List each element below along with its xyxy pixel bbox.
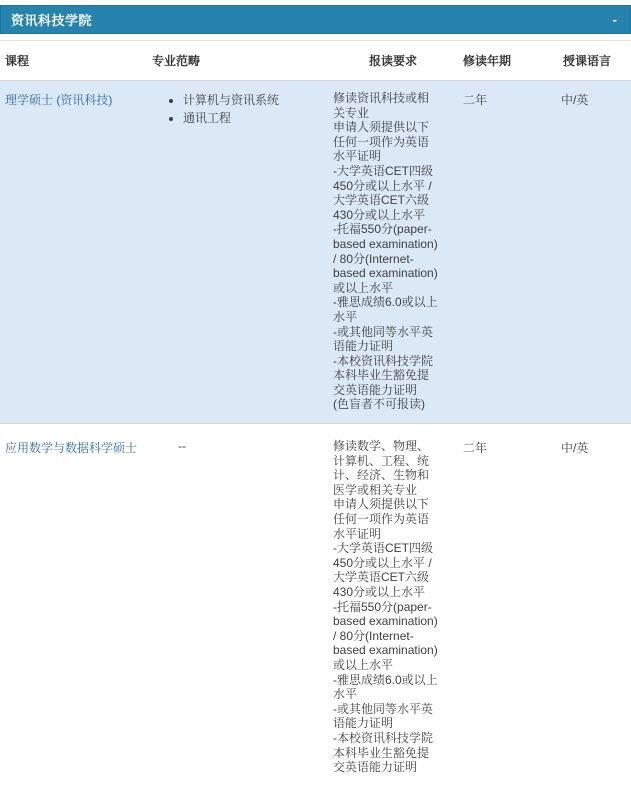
requirements-text: 修读资讯科技或相 关专业 申请人须提供以下 任何一项作为英语 水平证明 -大学英… xyxy=(333,91,458,412)
category-item: 通讯工程 xyxy=(183,109,323,127)
category-cell: -- xyxy=(147,424,328,787)
requirements-cell: 修读资讯科技或相 关专业 申请人须提供以下 任何一项作为英语 水平证明 -大学英… xyxy=(328,81,458,424)
category-cell: 计算机与资讯系统 通讯工程 xyxy=(147,81,328,424)
table-header-row: 课程 专业范畴 报读要求 修读年期 授课语言 xyxy=(0,41,631,81)
duration-cell: 二年 xyxy=(458,81,543,424)
column-header-course: 课程 xyxy=(0,41,147,81)
table-row-msc-it: 理学硕士 (资讯科技) 计算机与资讯系统 通讯工程 修读资讯科技或相 关专业 申… xyxy=(0,81,631,424)
courses-table: 课程 专业范畴 报读要求 修读年期 授课语言 理学硕士 (资讯科技) 计算机与资… xyxy=(0,40,631,787)
column-header-category: 专业范畴 xyxy=(147,41,328,81)
requirements-cell: 修读数学、物理、 计算机、工程、统 计、经济、生物和 医学或相关专业 申请人须提… xyxy=(328,424,458,787)
language-cell: 中/英 xyxy=(543,424,631,787)
collapse-minus-icon[interactable]: - xyxy=(613,13,617,26)
category-item: 计算机与资讯系统 xyxy=(183,91,323,109)
language-cell: 中/英 xyxy=(543,81,631,424)
column-header-requirements: 报读要求 xyxy=(328,41,458,81)
accordion-header-faculty[interactable]: 资讯科技学院 - xyxy=(0,5,631,34)
column-header-duration: 修读年期 xyxy=(458,41,543,81)
course-cell: 应用数学与数据科学硕士 xyxy=(0,424,147,787)
category-list: 计算机与资讯系统 通讯工程 xyxy=(152,91,323,127)
panel-title: 资讯科技学院 xyxy=(11,10,92,29)
requirements-text: 修读数学、物理、 计算机、工程、统 计、经济、生物和 医学或相关专业 申请人须提… xyxy=(333,439,458,775)
course-link-msc-it[interactable]: 理学硕士 (资讯科技) xyxy=(5,93,112,107)
course-link-applied-math[interactable]: 应用数学与数据科学硕士 xyxy=(5,441,137,455)
table-row-msc-applied-math: 应用数学与数据科学硕士 -- 修读数学、物理、 计算机、工程、统 计、经济、生物… xyxy=(0,424,631,787)
duration-cell: 二年 xyxy=(458,424,543,787)
course-cell: 理学硕士 (资讯科技) xyxy=(0,81,147,424)
category-empty-placeholder: -- xyxy=(152,439,186,453)
page: 资讯科技学院 - 课程 专业范畴 报读要求 修读年期 授课语言 理学硕士 (资讯… xyxy=(0,5,631,797)
column-header-language: 授课语言 xyxy=(543,41,631,81)
